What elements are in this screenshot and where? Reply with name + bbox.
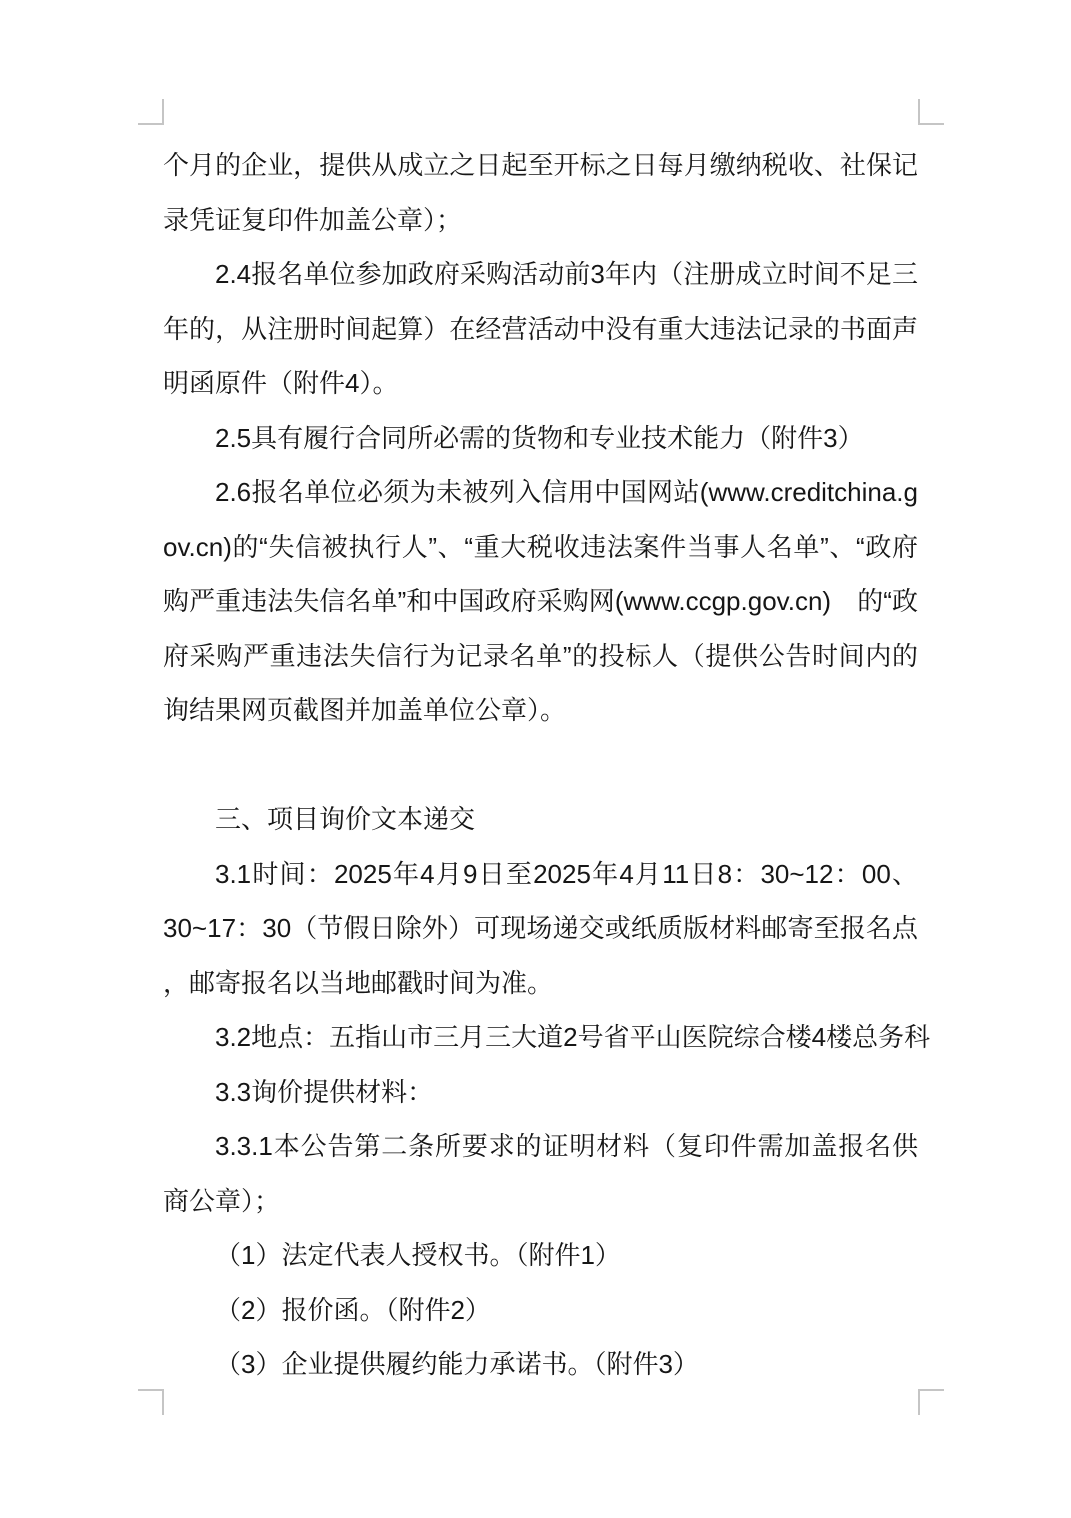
text-boundary-mark-bottom-right — [918, 1389, 944, 1415]
list-item: （1）法定代表人授权书。（附件1） — [163, 1228, 918, 1283]
text-line: 商公章）； — [163, 1174, 918, 1229]
text-boundary-mark-top-left — [138, 99, 164, 125]
text-boundary-mark-bottom-left — [138, 1389, 164, 1415]
text-line: 询结果网页截图并加盖单位公章）。 — [163, 683, 918, 738]
text-line: 2.6报名单位必须为未被列入信用中国网站(www.creditchina.g — [163, 465, 918, 520]
document-body: 个月的企业，提供从成立之日起至开标之日每月缴纳税收、社保记 录凭证复印件加盖公章… — [163, 138, 918, 1392]
text-line: 3.3.1本公告第二条所要求的证明材料（复印件需加盖报名供应 — [163, 1119, 918, 1174]
text-line: 30~17：30（节假日除外）可现场递交或纸质版材料邮寄至报名点 — [163, 901, 918, 956]
text-line: ov.cn)的“失信被执行人”、“重大税收违法案件当事人名单”、“政府采 — [163, 520, 918, 575]
blank-line — [163, 738, 918, 793]
text-line: 3.3询价提供材料： — [163, 1065, 918, 1120]
text-line: 3.1时间：2025年4月9日至2025年4月11日8：30~12：00、14： — [163, 847, 918, 902]
text-line: 3.2地点：五指山市三月三大道2号省平山医院综合楼4楼总务科 — [163, 1010, 918, 1065]
text-line: 录凭证复印件加盖公章）； — [163, 193, 918, 248]
text-line: 2.5具有履行合同所必需的货物和专业技术能力（附件3） — [163, 411, 918, 466]
text-line: 购严重违法失信名单”和中国政府采购网(www.ccgp.gov.cn) 的“政 — [163, 574, 918, 629]
list-item: （2）报价函。（附件2） — [163, 1283, 918, 1338]
list-item: （3）企业提供履约能力承诺书。（附件3） — [163, 1337, 918, 1392]
text-line: 府采购严重违法失信行为记录名单”的投标人（提供公告时间内的查 — [163, 629, 918, 684]
text-line: ，邮寄报名以当地邮戳时间为准。 — [163, 956, 918, 1011]
text-boundary-mark-top-right — [918, 99, 944, 125]
text-line: 年的，从注册时间起算）在经营活动中没有重大违法记录的书面声 — [163, 302, 918, 357]
section-heading: 三、项目询价文本递交 — [163, 792, 918, 847]
document-page: 个月的企业，提供从成立之日起至开标之日每月缴纳税收、社保记 录凭证复印件加盖公章… — [0, 0, 1071, 1518]
text-line: 明函原件（附件4）。 — [163, 356, 918, 411]
text-line: 2.4报名单位参加政府采购活动前3年内（注册成立时间不足三 — [163, 247, 918, 302]
text-line: 个月的企业，提供从成立之日起至开标之日每月缴纳税收、社保记 — [163, 138, 918, 193]
